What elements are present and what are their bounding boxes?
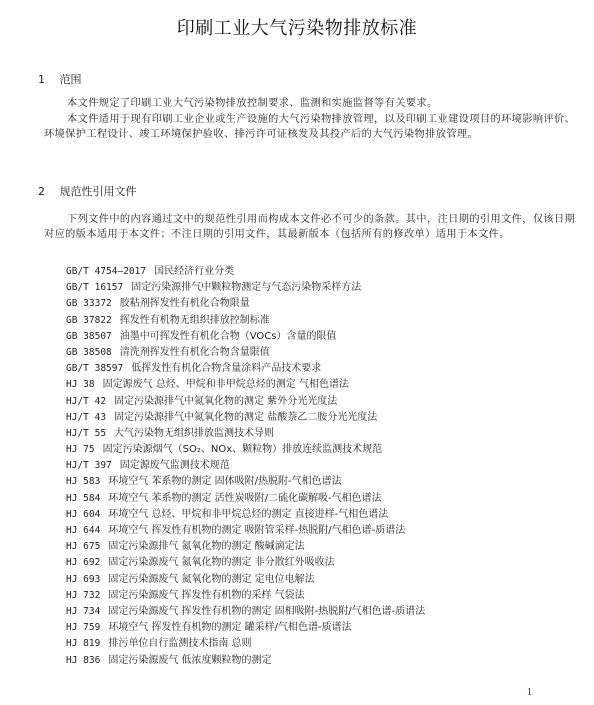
reference-item: HJ 836固定污染源废气 低浓度颗粒物的测定 xyxy=(66,653,425,669)
reference-item: HJ/T 55大气污染物无组织排放监测技术导则 xyxy=(66,426,425,442)
reference-item: HJ 734固定污染源废气 挥发性有机物的测定 固相吸附-热脱附/气相色谱-质谱… xyxy=(66,604,425,620)
reference-name: 固定污染源废气 挥发性有机物的测定 固相吸附-热脱附/气相色谱-质谱法 xyxy=(108,606,425,617)
reference-name: 固定污染源废气 氮氧化物的测定 非分散红外吸收法 xyxy=(108,557,334,568)
scope-paragraph-1: 本文件规定了印刷工业大气污染物排放控制要求、监测和实施监督等有关要求。 xyxy=(44,96,584,111)
reference-code: HJ 819 xyxy=(66,638,100,649)
reference-item: GB/T 4754—2017国民经济行业分类 xyxy=(66,264,425,280)
section-number: 2 xyxy=(38,185,56,198)
reference-code: HJ/T 43 xyxy=(66,412,106,423)
reference-name: 固定污染源烟气（SO₂、NOx、颗粒物）排放连续监测技术规范 xyxy=(103,444,383,455)
reference-item: HJ 759环境空气 挥发性有机物的测定 罐采样/气相色谱-质谱法 xyxy=(66,620,425,636)
reference-code: HJ 759 xyxy=(66,622,100,633)
reference-item: HJ 819排污单位自行监测技术指南 总则 xyxy=(66,636,425,652)
reference-name: 大气污染物无组织排放监测技术导则 xyxy=(114,428,274,439)
reference-code: HJ 692 xyxy=(66,557,100,568)
reference-name: 固定污染源排气中颗粒物测定与气态污染物采样方法 xyxy=(131,282,361,293)
reference-item: GB/T 38597低挥发性有机化合物含量涂料产品技术要求 xyxy=(66,361,425,377)
reference-item: GB 33372胶粘剂挥发性有机化合物限量 xyxy=(66,296,425,312)
reference-code: GB 38507 xyxy=(66,331,112,342)
normative-references-paragraph: 下列文件中的内容通过文中的规范性引用而构成本文件必不可少的条款。其中，注日期的引… xyxy=(44,212,584,242)
reference-item: HJ 75固定污染源烟气（SO₂、NOx、颗粒物）排放连续监测技术规范 xyxy=(66,442,425,458)
reference-item: HJ/T 42固定污染源排气中氮氧化物的测定 紫外分光光度法 xyxy=(66,394,425,410)
reference-item: HJ 583环境空气 苯系物的测定 固体吸附/热脱附-气相色谱法 xyxy=(66,474,425,490)
reference-code: GB/T 38597 xyxy=(66,363,123,374)
reference-code: HJ 693 xyxy=(66,574,100,585)
reference-item: HJ 732固定污染源废气 挥发性有机物的采样 气袋法 xyxy=(66,588,425,604)
reference-name: 排污单位自行监测技术指南 总则 xyxy=(108,638,251,649)
reference-code: HJ 583 xyxy=(66,476,100,487)
reference-name: 环境空气 总烃、甲烷和非甲烷总烃的测定 直接进样-气相色谱法 xyxy=(108,509,388,520)
reference-code: HJ 75 xyxy=(66,444,95,455)
page-number: 1 xyxy=(527,687,532,698)
reference-item: HJ/T 43固定污染源排气中氮氧化物的测定 盐酸萘乙二胺分光光度法 xyxy=(66,410,425,426)
reference-code: HJ 644 xyxy=(66,525,100,536)
reference-item: HJ 693固定污染源废气 氮氧化物的测定 定电位电解法 xyxy=(66,572,425,588)
section-title: 规范性引用文件 xyxy=(60,185,137,198)
reference-name: 固定污染源排气 氮氧化物的测定 酸碱滴定法 xyxy=(108,541,304,552)
reference-name: 固定污染源废气 氮氧化物的测定 定电位电解法 xyxy=(108,574,314,585)
reference-name: 挥发性有机物无组织排放控制标准 xyxy=(120,315,270,326)
reference-code: HJ 734 xyxy=(66,606,100,617)
reference-name: 固定污染源排气中氮氧化物的测定 紫外分光光度法 xyxy=(114,396,337,407)
reference-name: 固定源废气 总烃、甲烷和非甲烷总烃的测定 气相色谱法 xyxy=(103,379,349,390)
reference-item: GB 38507油墨中可挥发性有机化合物（VOCs）含量的限值 xyxy=(66,329,425,345)
reference-code: GB/T 4754—2017 xyxy=(66,266,146,277)
reference-name: 固定污染源废气 低浓度颗粒物的测定 xyxy=(108,655,271,666)
reference-code: GB 33372 xyxy=(66,298,112,309)
reference-item: HJ 38固定源废气 总烃、甲烷和非甲烷总烃的测定 气相色谱法 xyxy=(66,377,425,393)
reference-name: 清洗剂挥发性有机化合物含量限值 xyxy=(120,347,270,358)
section-number: 1 xyxy=(38,73,56,86)
reference-name: 环境空气 苯系物的测定 固体吸附/热脱附-气相色谱法 xyxy=(108,476,341,487)
section-2-heading: 2 规范性引用文件 xyxy=(38,183,137,199)
reference-code: HJ/T 55 xyxy=(66,428,106,439)
reference-name: 固定源废气监测技术规范 xyxy=(120,460,230,471)
reference-code: GB 38508 xyxy=(66,347,112,358)
reference-code: GB 37822 xyxy=(66,315,112,326)
reference-name: 环境空气 苯系物的测定 活性炭吸附/二硫化碳解吸-气相色谱法 xyxy=(108,493,381,504)
reference-code: GB/T 16157 xyxy=(66,282,123,293)
reference-item: HJ 584环境空气 苯系物的测定 活性炭吸附/二硫化碳解吸-气相色谱法 xyxy=(66,491,425,507)
reference-item: GB/T 16157固定污染源排气中颗粒物测定与气态污染物采样方法 xyxy=(66,280,425,296)
reference-item: HJ 644环境空气 挥发性有机物的测定 吸附管采样-热脱附/气相色谱-质谱法 xyxy=(66,523,425,539)
reference-list: GB/T 4754—2017国民经济行业分类GB/T 16157固定污染源排气中… xyxy=(66,264,425,669)
section-1-heading: 1 范围 xyxy=(38,71,82,87)
reference-item: HJ/T 397固定源废气监测技术规范 xyxy=(66,458,425,474)
reference-name: 固定污染源排气中氮氧化物的测定 盐酸萘乙二胺分光光度法 xyxy=(114,412,377,423)
document-title: 印刷工业大气污染物排放标准 xyxy=(0,14,594,40)
scope-paragraph-2: 本文件适用于现有印刷工业企业或生产设施的大气污染物排放管理，以及印刷工业建设项目… xyxy=(44,112,584,142)
reference-name: 环境空气 挥发性有机物的测定 罐采样/气相色谱-质谱法 xyxy=(108,622,351,633)
reference-name: 低挥发性有机化合物含量涂料产品技术要求 xyxy=(131,363,321,374)
reference-code: HJ/T 42 xyxy=(66,396,106,407)
reference-code: HJ 675 xyxy=(66,541,100,552)
reference-item: HJ 692固定污染源废气 氮氧化物的测定 非分散红外吸收法 xyxy=(66,555,425,571)
reference-code: HJ 732 xyxy=(66,590,100,601)
reference-name: 环境空气 挥发性有机物的测定 吸附管采样-热脱附/气相色谱-质谱法 xyxy=(108,525,405,536)
reference-code: HJ 836 xyxy=(66,655,100,666)
reference-code: HJ/T 397 xyxy=(66,460,112,471)
reference-name: 国民经济行业分类 xyxy=(154,266,234,277)
reference-name: 胶粘剂挥发性有机化合物限量 xyxy=(120,298,250,309)
reference-name: 固定污染源废气 挥发性有机物的采样 气袋法 xyxy=(108,590,304,601)
reference-code: HJ 584 xyxy=(66,493,100,504)
reference-code: HJ 604 xyxy=(66,509,100,520)
reference-item: GB 37822挥发性有机物无组织排放控制标准 xyxy=(66,313,425,329)
section-title: 范围 xyxy=(60,73,82,86)
reference-item: HJ 675固定污染源排气 氮氧化物的测定 酸碱滴定法 xyxy=(66,539,425,555)
reference-item: HJ 604环境空气 总烃、甲烷和非甲烷总烃的测定 直接进样-气相色谱法 xyxy=(66,507,425,523)
reference-code: HJ 38 xyxy=(66,379,95,390)
reference-name: 油墨中可挥发性有机化合物（VOCs）含量的限值 xyxy=(120,331,337,342)
reference-item: GB 38508清洗剂挥发性有机化合物含量限值 xyxy=(66,345,425,361)
